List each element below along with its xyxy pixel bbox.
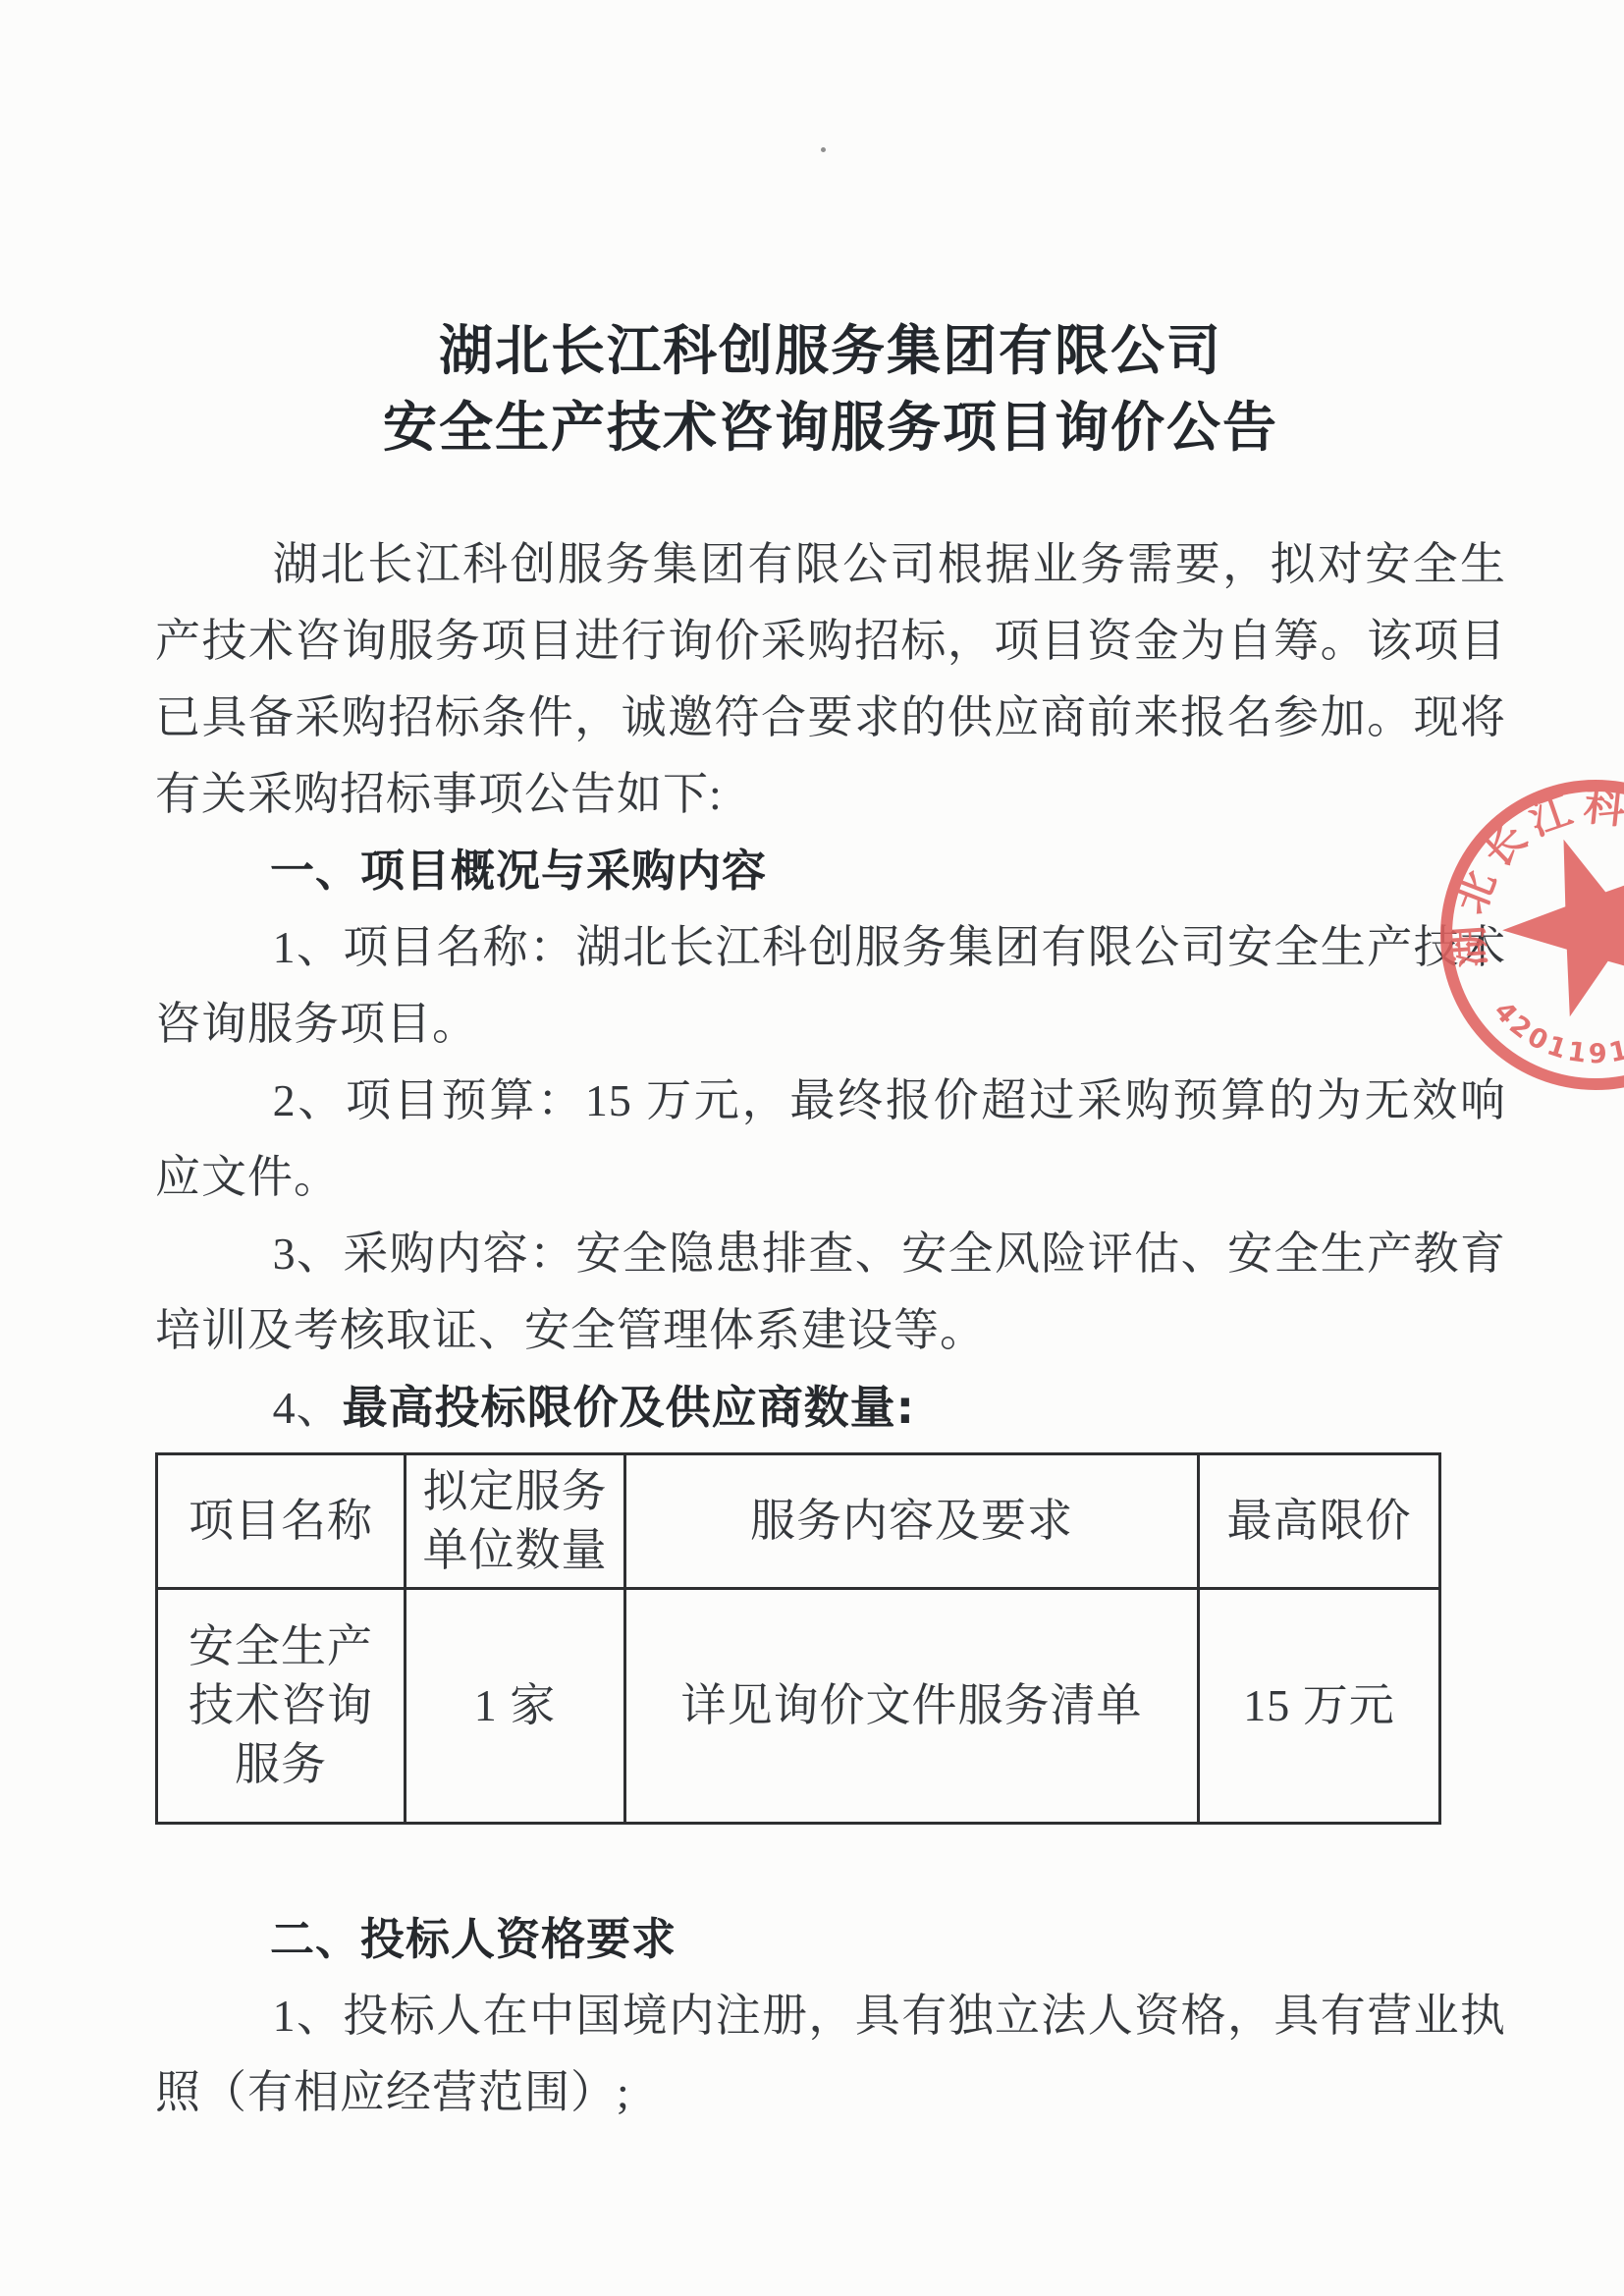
header-supplier-count: 拟定服务单位数量: [406, 1454, 625, 1589]
section2-item1: 1、投标人在中国境内注册，具有独立法人资格，具有营业执照（有相应经营范围）;: [155, 1978, 1506, 2131]
document-title: 湖北长江科创服务集团有限公司 安全生产技术咨询服务项目询价公告: [155, 312, 1506, 465]
document-page: 湖北长江科创服务集团有限公司 安全生产技术咨询服务项目询价公告 湖北长江科创服务…: [0, 0, 1624, 2296]
item4-label: 最高投标限价及供应商数量:: [343, 1381, 915, 1434]
cell-project-name: 安全生产技术咨询服务: [157, 1589, 406, 1824]
scan-speck: [821, 147, 826, 152]
title-line-1: 湖北长江科创服务集团有限公司: [155, 312, 1506, 389]
cell-service-content: 详见询价文件服务清单: [625, 1589, 1199, 1824]
item4-number: 4、: [273, 1383, 343, 1433]
section1-item2: 2、项目预算：15 万元，最终报价超过采购预算的为无效响应文件。: [155, 1063, 1506, 1216]
section1-item1: 1、项目名称：湖北长江科创服务集团有限公司安全生产技术咨询服务项目。: [155, 909, 1506, 1063]
table-header-row: 项目名称 拟定服务单位数量 服务内容及要求 最高限价: [157, 1454, 1440, 1589]
section2-heading: 二、投标人资格要求: [155, 1901, 1506, 1978]
header-service-content: 服务内容及要求: [625, 1454, 1199, 1589]
document-content: 湖北长江科创服务集团有限公司 安全生产技术咨询服务项目询价公告 湖北长江科创服务…: [155, 312, 1506, 2131]
section1-item3: 3、采购内容：安全隐患排查、安全风险评估、安全生产教育培训及考核取证、安全管理体…: [155, 1216, 1506, 1369]
header-max-price: 最高限价: [1199, 1454, 1440, 1589]
title-line-2: 安全生产技术咨询服务项目询价公告: [155, 389, 1506, 465]
cell-supplier-count: 1 家: [406, 1589, 625, 1824]
table-row: 安全生产技术咨询服务 1 家 详见询价文件服务清单 15 万元: [157, 1589, 1440, 1824]
section1-item4: 4、最高投标限价及供应商数量:: [155, 1369, 1506, 1447]
header-project-name: 项目名称: [157, 1454, 406, 1589]
section2: 二、投标人资格要求 1、投标人在中国境内注册，具有独立法人资格，具有营业执照（有…: [155, 1901, 1506, 2131]
section1-heading: 一、项目概况与采购内容: [155, 833, 1506, 909]
cell-max-price: 15 万元: [1199, 1589, 1440, 1824]
seal-star-icon: [1502, 840, 1624, 1017]
intro-paragraph: 湖北长江科创服务集团有限公司根据业务需要，拟对安全生产技术咨询服务项目进行询价采…: [155, 526, 1506, 833]
price-limit-table: 项目名称 拟定服务单位数量 服务内容及要求 最高限价 安全生产技术咨询服务 1 …: [155, 1452, 1441, 1825]
